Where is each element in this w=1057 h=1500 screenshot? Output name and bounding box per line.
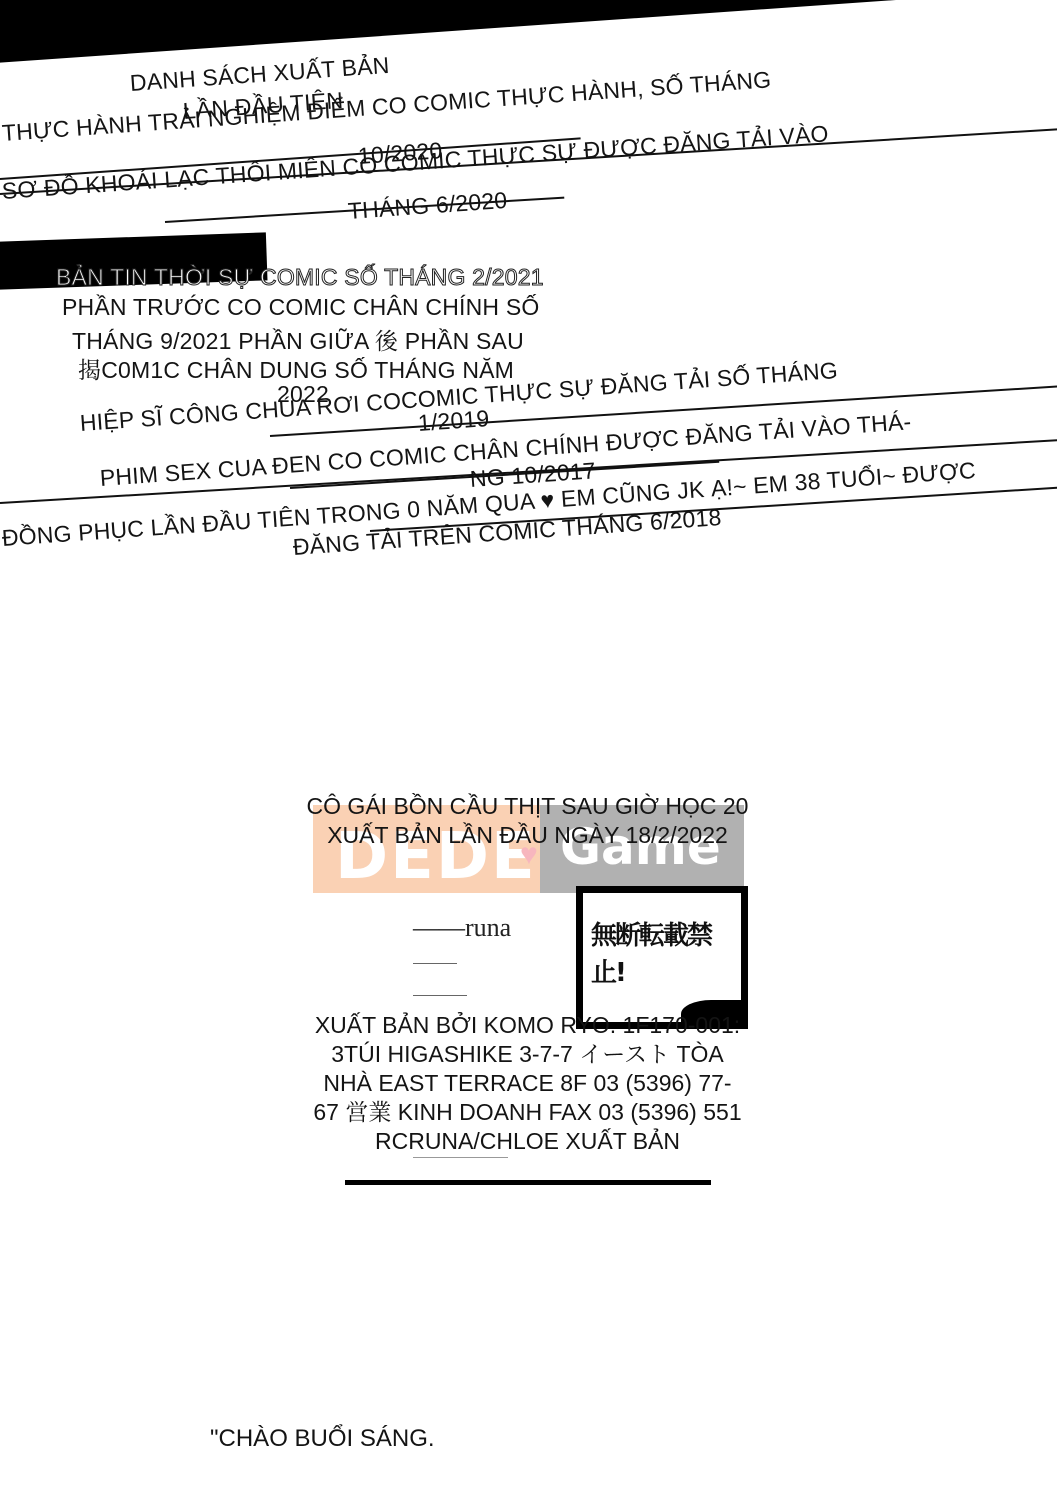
author-credit: ——runa [413, 913, 511, 943]
credit-dash [413, 963, 457, 964]
first-published: XUẤT BẢN LẦN ĐẦU NGÀY 18/2/2022 [250, 821, 805, 850]
publisher-line-1: XUẤT BẢN BỞI KOMO RYO. 1F170-001: [250, 1011, 805, 1040]
news-line-2: PHẦN TRƯỚC CO COMIC CHÂN CHÍNH SỐ [62, 294, 539, 321]
heading-line-1: DANH SÁCH XUẤT BẢN [129, 52, 390, 97]
credit-dash [413, 995, 467, 996]
section-rule [345, 1180, 711, 1185]
stamp-text: 無断転載禁止! [591, 915, 741, 989]
publisher-line-2: 3TÚI HIGASHIKE 3-7-7 イースト TÒA [250, 1040, 805, 1069]
top-black-band [0, 0, 1057, 65]
publisher-line-5: RCRUNA/CHLOE XUẤT BẢN [250, 1127, 805, 1156]
dialogue-greeting: "CHÀO BUỔI SÁNG. [210, 1425, 435, 1453]
rule [0, 128, 1057, 195]
book-title: CÔ GÁI BỒN CẦU THỊT SAU GIỜ HỌC 20 [250, 792, 805, 821]
credit-dash [413, 1157, 508, 1158]
no-reprint-stamp: 無断転載禁止! [576, 886, 748, 1029]
publisher-line-4: 67 営業 KINH DOANH FAX 03 (5396) 551 [250, 1098, 805, 1127]
news-line-1: BẢN TIN THỜI SỰ COMIC SỐ THÁNG 2/2021 [56, 264, 544, 291]
publisher-line-3: NHÀ EAST TERRACE 8F 03 (5396) 77- [250, 1069, 805, 1098]
news-line-1-text: BẢN TIN THỜI SỰ COMIC SỐ THÁNG 2/2021 [56, 264, 544, 290]
